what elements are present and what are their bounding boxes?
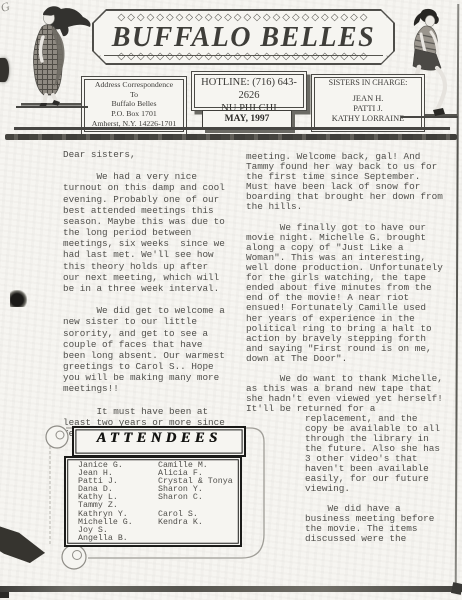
masthead-rule <box>14 127 450 130</box>
masthead-frame: ◇◇◇◇◇◇◇◇◇◇◇◇◇◇◇◇◇◇◇◇◇◇◇◇◇◇ BUFFALO BELLE… <box>92 9 395 65</box>
attendees-left-column: Janice G. Jean H. Patti J. Dana D. Kathy… <box>78 462 133 543</box>
attendees-right-column: Camille M. Alicia F. Crystal & Tonya Sha… <box>158 462 233 527</box>
scan-bottom-mark-right <box>451 582 462 595</box>
newsletter-page: G <box>0 0 462 600</box>
letter-right-column-bottom: replacement, and the copy be available t… <box>305 414 455 544</box>
scan-bottom-mark-left <box>0 592 9 598</box>
corner-mark-icon: ✕ <box>386 54 392 62</box>
masthead-chain-bottom: ◇◇◇◇◇◇◇◇◇◇◇◇◇◇◇◇◇◇◇◇◇◇◇◇◇◇ <box>102 52 386 61</box>
corner-mark-icon: ✕ <box>386 12 392 20</box>
hotline-box: HOTLINE: (716) 643-2626 NU PHI CHI <box>191 71 307 111</box>
stray-pen-mark: G <box>0 0 12 16</box>
masthead-chain-top: ◇◇◇◇◇◇◇◇◇◇◇◇◇◇◇◇◇◇◇◇◇◇◇◇◇◇ <box>102 13 386 22</box>
corner-mark-icon: ✕ <box>96 12 102 20</box>
hotline-number: HOTLINE: (716) 643-2626 <box>192 76 306 102</box>
sisters-names: JEAN H. PATTI J. KATHY LORRAINE <box>312 94 424 124</box>
letter-left-column: Dear sisters, We had a very nice turnout… <box>63 149 235 439</box>
sisters-in-charge-box: SISTERS IN CHARGE: JEAN H. PATTI J. KATH… <box>311 74 425 132</box>
scan-bottom-band <box>0 586 462 592</box>
scan-blob-left-edge <box>0 58 9 82</box>
attendees-title: ATTENDEES <box>74 428 244 449</box>
right-ground-rule <box>401 116 458 118</box>
masthead-band <box>5 134 457 140</box>
sisters-heading: SISTERS IN CHARGE: <box>312 78 424 88</box>
corner-mark-icon: ✕ <box>96 54 102 62</box>
ink-blot <box>10 290 27 307</box>
attendees-header-box: ATTENDEES <box>72 426 246 457</box>
left-ground-rule <box>16 106 88 108</box>
page-title: BUFFALO BELLES <box>94 22 394 54</box>
attendees-list-box: Janice G. Jean H. Patti J. Dana D. Kathy… <box>64 456 242 547</box>
letter-right-column-top: meeting. Welcome back, gal! And Tammy fo… <box>246 152 454 414</box>
